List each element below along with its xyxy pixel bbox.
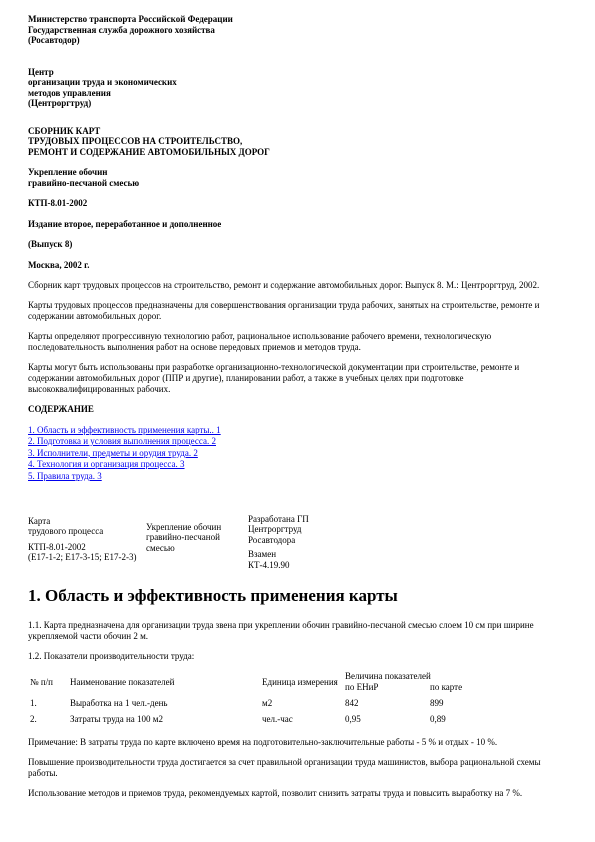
card-type-line-2: трудового процесса: [28, 526, 146, 537]
enir-value-cell: 0,95: [345, 709, 430, 725]
column-header-enir: по ЕНиР: [345, 682, 430, 693]
ministry-line-1: Министерство транспорта Российской Федер…: [28, 14, 567, 25]
table-row: 2. Затраты труда на 100 м2 чел.-час 0,95…: [30, 709, 567, 725]
card-subject-line-1: Укрепление обочин: [146, 522, 248, 533]
card-norm-references: (Е17-1-2; Е17-3-15; Е17-2-3): [28, 552, 146, 563]
toc-link-section-2[interactable]: 2. Подготовка и условия выполнения проце…: [28, 436, 216, 446]
ministry-line-3: (Росавтодор): [28, 35, 567, 46]
enir-value-cell: 842: [345, 693, 430, 709]
center-line-3: методов управления: [28, 88, 567, 99]
unit-cell: м2: [262, 693, 345, 709]
developer-line-2: Центроргтруд: [248, 524, 567, 535]
productivity-table-head: № п/п Наименование показателей Единица и…: [30, 671, 567, 693]
developer-line-1: Разработана ГП: [248, 514, 567, 525]
document-page: Министерство транспорта Российской Федер…: [0, 0, 595, 799]
row-number-cell: 2.: [30, 709, 70, 725]
collection-title-line-1: СБОРНИК КАРТ: [28, 126, 567, 137]
issue-number: (Выпуск 8): [28, 239, 567, 250]
toc-link-section-5[interactable]: 5. Правила труда. 3: [28, 471, 102, 481]
section-1-heading: 1. Область и эффективность применения ка…: [28, 586, 567, 606]
developer-line-3: Росавтодора: [248, 535, 567, 546]
indicator-name-cell: Выработка на 1 чел.-день: [70, 693, 262, 709]
center-line-1: Центр: [28, 67, 567, 78]
productivity-table-body: 1. Выработка на 1 чел.-день м2 842 899 2…: [30, 693, 567, 725]
ministry-block: Министерство транспорта Российской Федер…: [28, 14, 567, 46]
card-subject-line-2: гравийно-песчаной: [146, 532, 248, 543]
column-header-number: № п/п: [30, 671, 70, 693]
toc-link-section-3[interactable]: 3. Исполнители, предметы и орудия труда.…: [28, 448, 198, 458]
toc-link-section-1[interactable]: 1. Область и эффективность применения ка…: [28, 425, 221, 435]
card-header-block: Карта трудового процесса КТП-8.01-2002 (…: [28, 514, 567, 571]
annotation-paragraph-4: Карты могут быть использованы при разраб…: [28, 362, 567, 395]
toc-line: 2. Подготовка и условия выполнения проце…: [28, 436, 567, 447]
card-type-line-1: Карта: [28, 516, 146, 527]
paragraph-productivity-gain: Повышение производительности труда дости…: [28, 757, 567, 779]
replaces-label: Взамен: [248, 549, 567, 560]
card-code: КТП-8.01-2002: [28, 542, 146, 553]
card-value-cell: 0,89: [430, 709, 567, 725]
city-year: Москва, 2002 г.: [28, 260, 567, 271]
card-value-cell: 899: [430, 693, 567, 709]
row-number-cell: 1.: [30, 693, 70, 709]
subject-title: Укрепление обочин гравийно-песчаной смес…: [28, 167, 567, 188]
center-line-4: (Центроргтруд): [28, 98, 567, 109]
table-note: Примечание: В затраты труда по карте вкл…: [28, 737, 567, 748]
unit-cell: чел.-час: [262, 709, 345, 725]
card-header-developer-column: Разработана ГП Центроргтруд Росавтодора …: [248, 514, 567, 571]
ministry-line-2: Государственная служба дорожного хозяйст…: [28, 25, 567, 36]
column-header-value-group: Величина показателей: [345, 671, 567, 682]
collection-title-line-3: РЕМОНТ И СОДЕРЖАНИЕ АВТОМОБИЛЬНЫХ ДОРОГ: [28, 147, 567, 158]
column-header-unit: Единица измерения: [262, 671, 345, 693]
collection-title: СБОРНИК КАРТ ТРУДОВЫХ ПРОЦЕССОВ НА СТРОИ…: [28, 126, 567, 158]
center-line-2: организации труда и экономических: [28, 77, 567, 88]
card-header-type-column: Карта трудового процесса КТП-8.01-2002 (…: [28, 514, 146, 571]
card-subject-line-3: смесью: [146, 543, 248, 554]
collection-title-line-2: ТРУДОВЫХ ПРОЦЕССОВ НА СТРОИТЕЛЬСТВО,: [28, 136, 567, 147]
toc-line: 3. Исполнители, предметы и орудия труда.…: [28, 448, 567, 459]
table-of-contents: 1. Область и эффективность применения ка…: [28, 425, 567, 482]
toc-line: 1. Область и эффективность применения ка…: [28, 425, 567, 436]
edition-note: Издание второе, переработанное и дополне…: [28, 219, 567, 230]
toc-heading: СОДЕРЖАНИЕ: [28, 404, 567, 415]
toc-line: 4. Технология и организация процесса. 3: [28, 459, 567, 470]
annotation-paragraph-2: Карты трудовых процессов предназначены д…: [28, 300, 567, 322]
replaces-code: КТ-4.19.90: [248, 560, 567, 571]
paragraph-methods-usage: Использование методов и приемов труда, р…: [28, 788, 567, 799]
productivity-table: № п/п Наименование показателей Единица и…: [30, 671, 567, 725]
paragraph-1-1: 1.1. Карта предназначена для организации…: [28, 620, 567, 642]
paragraph-1-2: 1.2. Показатели производительности труда…: [28, 651, 567, 662]
subject-line-1: Укрепление обочин: [28, 167, 567, 178]
annotation-paragraph-1: Сборник карт трудовых процессов на строи…: [28, 280, 567, 291]
toc-link-section-4[interactable]: 4. Технология и организация процесса. 3: [28, 459, 185, 469]
card-header-subject-column: Укрепление обочин гравийно-песчаной смес…: [146, 514, 248, 571]
column-header-by-card: по карте: [430, 682, 567, 693]
annotation-paragraph-3: Карты определяют прогрессивную технологи…: [28, 331, 567, 353]
toc-line: 5. Правила труда. 3: [28, 471, 567, 482]
subject-line-2: гравийно-песчаной смесью: [28, 178, 567, 189]
table-header-row-1: № п/п Наименование показателей Единица и…: [30, 671, 567, 682]
table-row: 1. Выработка на 1 чел.-день м2 842 899: [30, 693, 567, 709]
column-header-indicator-name: Наименование показателей: [70, 671, 262, 693]
doc-code: КТП-8.01-2002: [28, 198, 567, 209]
indicator-name-cell: Затраты труда на 100 м2: [70, 709, 262, 725]
center-org-block: Центр организации труда и экономических …: [28, 67, 567, 109]
